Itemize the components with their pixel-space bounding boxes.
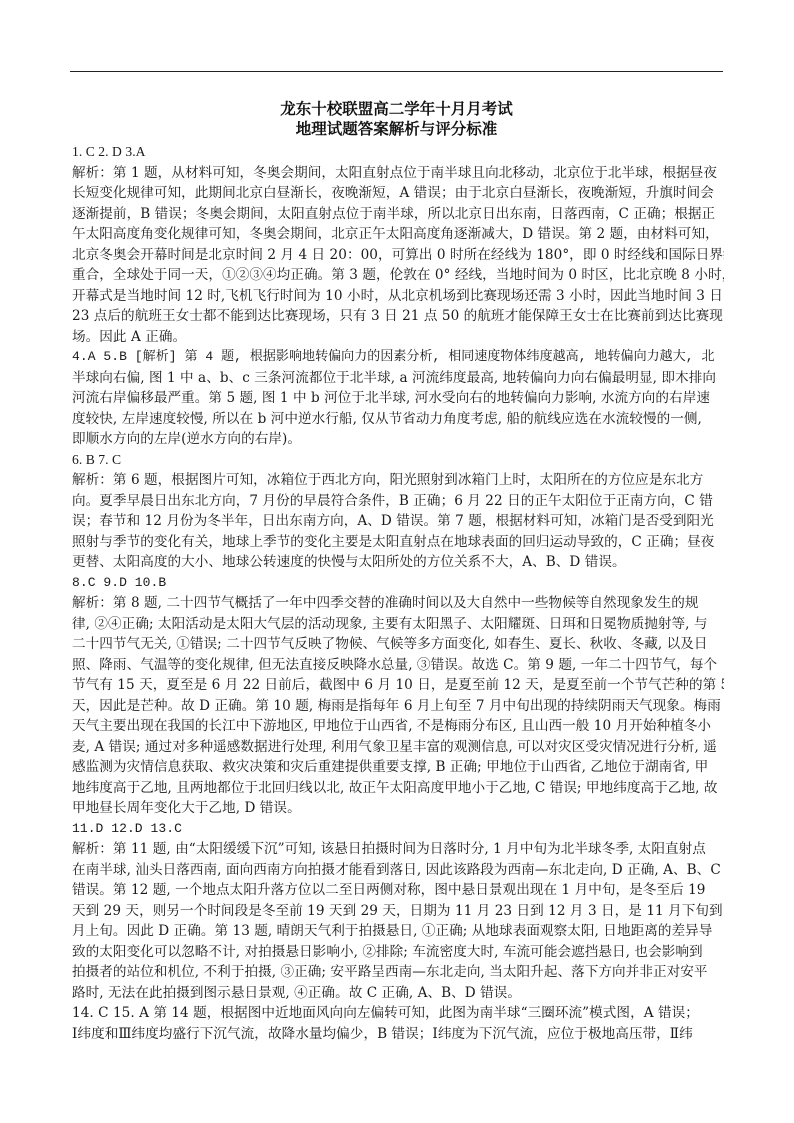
explanation-line: 致的太阳变化可以忽略不计, 对拍摄悬日影响小, ②排除; 车流密度大时, 车流可… [72, 942, 724, 963]
explanation-line: 即顺水方向的左岸(逆水方向的右岸)。 [72, 429, 724, 450]
explanation-line: 地纬度高于乙地, 且两地都位于北回归线以北, 故正午太阳高度甲地小于乙地, C … [72, 778, 724, 799]
explanation-line: 重合，全球处于同一天，①②③④均正确。第 3 题，伦敦在 0° 经线，当地时间为… [72, 265, 724, 286]
explanation-line: 向。夏季早晨日出东北方向，7 月份的早晨符合条件，B 正确；6 月 22 日的正… [72, 491, 724, 512]
document-title: 龙东十校联盟高二学年十月月考试 [70, 99, 723, 119]
explanation-line: 场。因此 A 正确。 [72, 327, 724, 348]
explanation-line: 解析：第 8 题, 二十四节气概括了一年中四季交替的准确时间以及大自然中一些物候… [72, 593, 724, 614]
explanation-line: 开幕式是当地时间 12 时,飞机飞行时间为 10 小时，从北京机场到比赛现场还需… [72, 286, 724, 307]
explanation-line: 天气主要出现在我国的长江中下游地区, 甲地位于山西省, 不是梅雨分布区, 且山西… [72, 716, 724, 737]
explanation-line: 节气有 15 天，夏至是 6 月 22 日前后，截图中 6 月 10 日，是夏至… [72, 675, 724, 696]
explanation-line: 逐渐提前，B 错误；冬奥会期间，太阳直射点位于南半球，所以北京日出东南，日落西南… [72, 204, 724, 225]
explanation-line: 二十四节气无关, ①错误; 二十四节气反映了物候、气候等多方面变化, 如春生、夏… [72, 634, 724, 655]
explanation-line: 解析：第 6 题，根据图片可知，冰箱位于西北方向，阳光照射到冰箱门上时，太阳所在… [72, 470, 724, 491]
explanation-line: 度较快, 左岸速度较慢, 所以在 b 河中逆水行船, 仅从节省动力角度考虑, 船… [72, 409, 724, 430]
document-header: 龙东十校联盟高二学年十月月考试 地理试题答案解析与评分标准 [70, 99, 723, 139]
explanation-line: 照、降雨、气温等的变化规律, 但无法直接反映降水总量, ③错误。故选 C。第 9… [72, 655, 724, 676]
explanation-line: 北京冬奥会开幕时间是北京时间 2 月 4 日 20：00，可算出 0 时所在经线… [72, 245, 724, 266]
explanation-line-answers-4-5: 4.A 5.B [解析] 第 4 题, 根据影响地转偏向力的因素分析, 相同速度… [72, 347, 724, 368]
explanation-line: 半球向右偏, 图 1 中 a、b、c 三条河流都位于北半球, a 河流纬度最高,… [72, 368, 724, 389]
explanation-line: 路时, 无法在此拍摄到图示悬日景观, ④正确。故 C 正确, A、B、D 错误。 [72, 983, 724, 1004]
explanation-line: 照射与季节的变化有关，地球上季节的变化主要是太阳直射点在地球表面的回归运动导致的… [72, 532, 724, 553]
explanation-line: 在南半球, 汕头日落西南, 面向西南方向拍摄才能看到落日, 因此该路段为西南—东… [72, 860, 724, 881]
explanation-line: 律, ②④正确; 太阳活动是太阳大气层的活动现象, 主要有太阳黑子、太阳耀斑、日… [72, 614, 724, 635]
explanation-line: 午太阳高度角变化规律可知，冬奥会期间，北京正午太阳高度角逐渐减大，D 错误。第 … [72, 224, 724, 245]
explanation-line: 河流右岸偏移最严重。第 5 题, 图 1 中 b 河位于北半球, 河水受向右的地… [72, 388, 724, 409]
explanation-line: 解析：第 1 题，从材料可知，冬奥会期间，太阳直射点位于南半球且向北移动，北京位… [72, 163, 724, 184]
explanation-line: 拍摄者的站位和机位, 不利于拍摄, ③正确; 安平路呈西南—东北走向, 当太阳升… [72, 962, 724, 983]
explanation-line: 解析：第 11 题, 由“太阳缓缓下沉”可知, 该悬日拍摄时间为日落时分, 1 … [72, 839, 724, 860]
explanation-line: 错误。第 12 题, 一个地点太阳升落方位以二至日两侧对称，图中悬日景观出现在 … [72, 880, 724, 901]
explanation-line: 感监测为灾情信息获取、救灾决策和灾后重建提供重要支撑, B 正确; 甲地位于山西… [72, 757, 724, 778]
explanation-line: 更替、太阳高度的大小、地球公转速度的快慢与太阳所处的方位关系不大，A、B、D 错… [72, 552, 724, 573]
document-body: 1. C 2. D 3.A 解析：第 1 题，从材料可知，冬奥会期间，太阳直射点… [72, 142, 724, 1044]
answer-key-11-13: 11.D 12.D 13.C [72, 819, 724, 840]
explanation-line: 麦, A 错误; 通过对多种遥感数据进行处理, 利用气象卫星丰富的观测信息, 可… [72, 737, 724, 758]
explanation-line: 天到 29 天，则另一个时间段是冬至前 19 天到 29 天，日期为 11 月 … [72, 901, 724, 922]
explanation-line: 甲地昼长周年变化大于乙地, D 错误。 [72, 798, 724, 819]
explanation-line: Ⅰ纬度和Ⅲ纬度均盛行下沉气流，故降水量均偏少，B 错误；Ⅰ纬度为下沉气流，应位于… [72, 1024, 724, 1045]
explanation-line: 23 点后的航班王女士都不能到达比赛现场，只有 3 日 21 点 50 的航班才… [72, 306, 724, 327]
header-rule [70, 71, 723, 72]
answer-key-6-7: 6. B 7. C [72, 450, 724, 471]
explanation-line: 误；春节和 12 月份为冬半年，日出东南方向，A、D 错误。第 7 题，根据材料… [72, 511, 724, 532]
explanation-line: 天，因此是芒种。故 D 正确。第 10 题, 梅雨是指每年 6 月上旬至 7 月… [72, 696, 724, 717]
answer-key-1-3: 1. C 2. D 3.A [72, 142, 724, 163]
explanation-line: 月上旬。因此 D 正确。第 13 题, 晴朗天气利于拍摄悬日, ①正确; 从地球… [72, 921, 724, 942]
explanation-line-answers-14-15: 14. C 15. A 第 14 题，根据图中近地面风向向左偏转可知，此图为南半… [72, 1003, 724, 1024]
answer-key-8-10: 8.C 9.D 10.B [72, 573, 724, 594]
explanation-line: 长短变化规律可知，此期间北京白昼渐长，夜晚渐短，A 错误；由于北京白昼渐长，夜晚… [72, 183, 724, 204]
document-subtitle: 地理试题答案解析与评分标准 [70, 119, 723, 139]
